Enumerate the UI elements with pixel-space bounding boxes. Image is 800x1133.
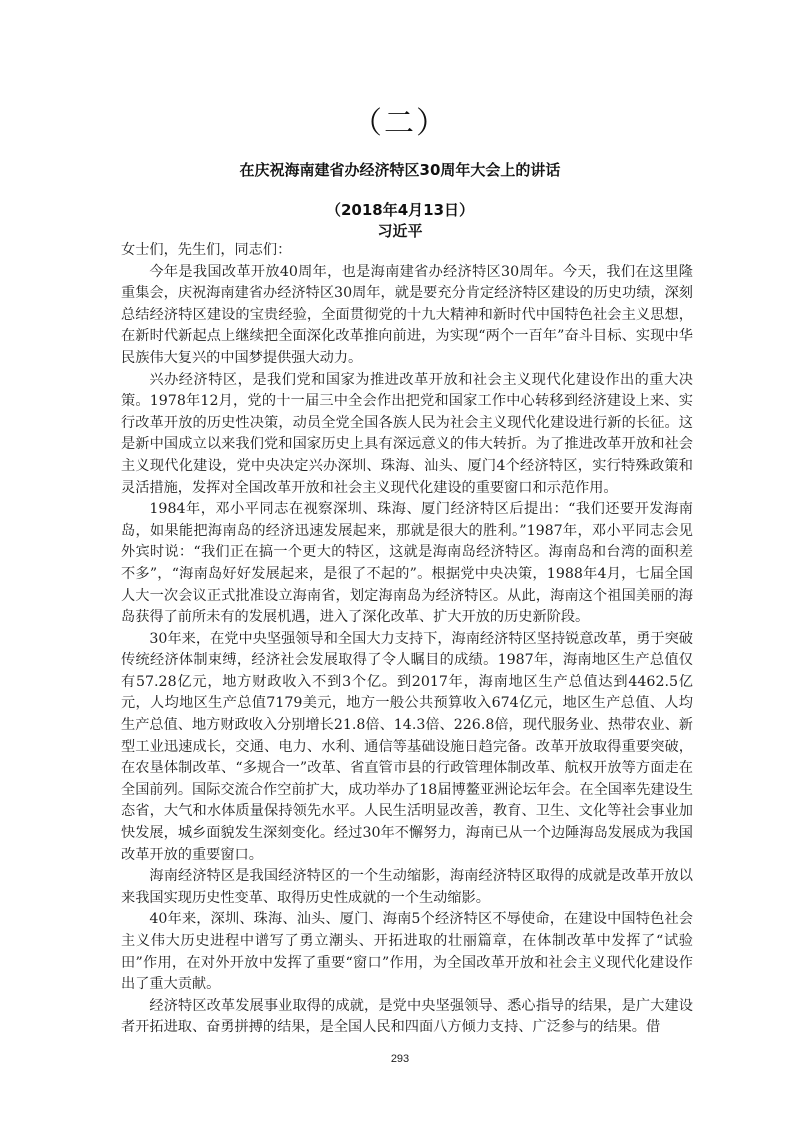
speech-body: 女士们，先生们，同志们： 今年是我国改革开放40周年，也是海南建省办经济特区30… [121,240,693,1039]
speech-title: 在庆祝海南建省办经济特区30周年大会上的讲话 [0,159,800,180]
speech-author: 习近平 [0,220,800,241]
section-number: （二） [0,98,800,142]
document-page: （二） 在庆祝海南建省办经济特区30周年大会上的讲话 （2018年4月13日） … [0,0,800,1133]
paragraph-3: 1984年，邓小平同志在视察深圳、珠海、厦门经济特区后提出：“我们还要开发海南岛… [121,499,693,629]
paragraph-1: 今年是我国改革开放40周年，也是海南建省办经济特区30周年。今天，我们在这里隆重… [121,262,693,370]
page-number: 293 [0,1053,800,1065]
paragraph-6: 40年来，深圳、珠海、汕头、厦门、海南5个经济特区不辱使命，在建设中国特色社会主… [121,909,693,995]
paragraph-7: 经济特区改革发展事业取得的成就，是党中央坚强领导、悉心指导的结果，是广大建设者开… [121,996,693,1039]
salutation: 女士们，先生们，同志们： [121,240,693,262]
paragraph-4: 30年来，在党中央坚强领导和全国大力支持下，海南经济特区坚持锐意改革，勇于突破传… [121,629,693,867]
paragraph-2: 兴办经济特区，是我们党和国家为推进改革开放和社会主义现代化建设作出的重大决策。1… [121,370,693,500]
paragraph-5: 海南经济特区是我国经济特区的一个生动缩影，海南经济特区取得的成就是改革开放以来我… [121,866,693,909]
speech-date: （2018年4月13日） [0,199,800,220]
